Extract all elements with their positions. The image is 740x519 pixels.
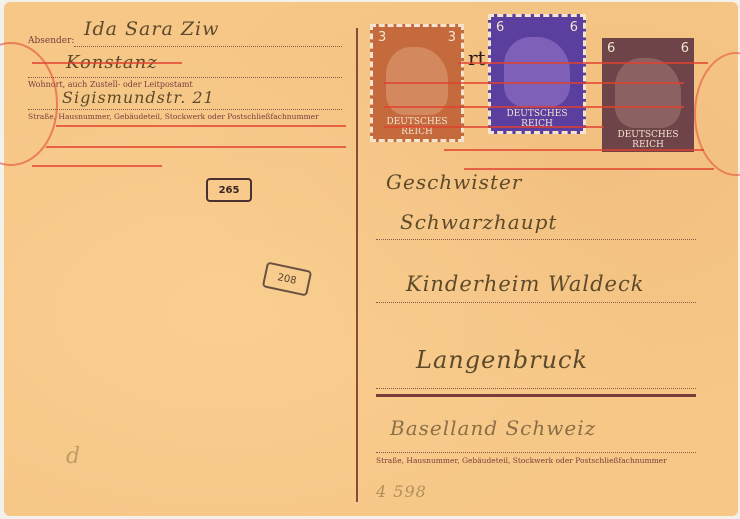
address-line [376, 302, 696, 303]
sender-label: Absender: [28, 36, 74, 46]
cancel-line [32, 62, 182, 64]
recipient-line1: Geschwister [386, 170, 522, 194]
card-divider [356, 28, 358, 502]
pencil-note: d [66, 444, 81, 469]
postkarte-fragment: rt [468, 46, 486, 70]
recipient-street-label: Straße, Hausnummer, Gebäudeteil, Stockwe… [376, 456, 667, 465]
sender-name-line [74, 46, 342, 47]
address-line [376, 452, 696, 453]
recipient-line4: Langenbruck [416, 346, 588, 374]
cancel-line [32, 165, 162, 167]
cancel-line [384, 126, 604, 128]
cancel-line [56, 125, 346, 127]
place-underline [376, 394, 696, 397]
stamp-denomination: 6 [681, 41, 689, 56]
sender-street-line [28, 109, 342, 110]
sender-city-line [28, 77, 342, 78]
stamp-6pf-violet: 66 DEUTSCHES REICH [488, 14, 586, 134]
recipient-line2: Schwarzhaupt [400, 210, 557, 234]
portrait-icon [386, 47, 448, 115]
stamp-denomination: 6 [496, 20, 504, 35]
stamp-denomination: 3 [378, 30, 386, 45]
cancel-line [458, 62, 708, 64]
sender-street: Sigismundstr. 21 [62, 88, 215, 107]
postmark-circle [694, 52, 740, 176]
cancel-line [384, 106, 684, 108]
sender-street-label: Straße, Hausnummer, Gebäudeteil, Stockwe… [28, 112, 319, 121]
recipient-line5: Baselland Schweiz [390, 416, 596, 440]
cancel-line [46, 146, 346, 148]
registry-mark: 208 [262, 262, 312, 297]
postcard: Absender: Ida Sara Ziw Konstanz Wohnort,… [4, 2, 738, 516]
stamp-denomination: 6 [607, 41, 615, 56]
portrait-icon [504, 37, 570, 107]
stamp-inscription: DEUTSCHES REICH [607, 130, 689, 150]
stamp-6pf-imprinted: 66 DEUTSCHES REICH [602, 38, 694, 152]
cancel-line [444, 149, 704, 151]
registry-mark: 265 [206, 178, 252, 202]
address-line [376, 388, 696, 389]
recipient-line3: Kinderheim Waldeck [406, 272, 644, 296]
pencil-note: 4 598 [376, 482, 427, 501]
cancel-line [384, 82, 684, 84]
stamp-denomination: 3 [448, 30, 456, 45]
address-line [376, 239, 696, 240]
portrait-icon [615, 58, 681, 128]
sender-name: Ida Sara Ziw [84, 18, 219, 40]
stamp-denomination: 6 [570, 20, 578, 35]
